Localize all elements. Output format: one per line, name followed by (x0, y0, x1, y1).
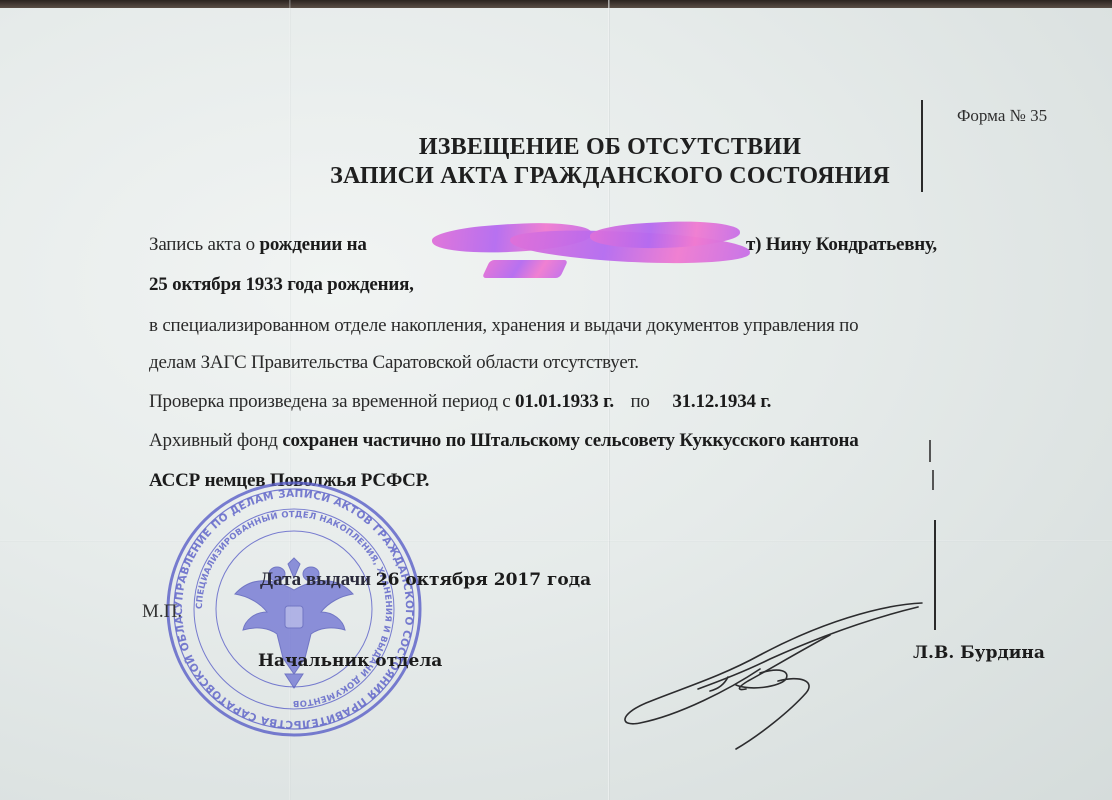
photo-background-edge (0, 0, 1112, 8)
period-to: 31.12.1934 г. (672, 391, 771, 412)
body-line-1: в специализированном отделе накопления, … (149, 315, 858, 337)
position-title: Начальник отдела (258, 651, 442, 671)
check-period-line: Проверка произведена за временной период… (149, 391, 771, 413)
body-line-2: делам ЗАГС Правительства Саратовской обл… (149, 352, 639, 374)
archive-prefix: Архивный фонд (149, 430, 282, 451)
period-from: 01.01.1933 г. (515, 391, 614, 412)
record-prefix: Запись акта о (149, 234, 259, 255)
record-name: т) Нину Кондратьевну, (746, 234, 937, 256)
issue-date-label: Дата выдачи (260, 569, 376, 590)
archive-status: сохранен частично по Штальскому сельсове… (282, 430, 858, 451)
record-line: Запись акта о рождении на (149, 234, 367, 256)
form-number: Форма № 35 (957, 106, 1047, 126)
document-title-line1: ИЗВЕЩЕНИЕ ОБ ОТСУТСТВИИ (280, 133, 940, 161)
official-seal-stamp: УПРАВЛЕНИЕ ПО ДЕЛАМ ЗАПИСИ АКТОВ ГРАЖДАН… (163, 478, 425, 740)
issue-date-line: Дата выдачи 26 октября 2017 года (260, 569, 591, 591)
handwritten-signature (600, 585, 940, 765)
check-prefix: Проверка произведена за временной период… (149, 391, 515, 412)
archive-line-1: Архивный фонд сохранен частично по Шталь… (149, 430, 859, 452)
document-title-line2: ЗАПИСИ АКТА ГРАЖДАНСКОГО СОСТОЯНИЯ (280, 162, 940, 190)
margin-line (929, 440, 931, 462)
margin-line (932, 470, 934, 490)
record-type: рождении на (259, 234, 366, 255)
issue-date: 26 октября 2017 года (376, 570, 591, 590)
redaction-mark (482, 260, 568, 278)
birth-date-line: 25 октября 1933 года рождения, (149, 274, 414, 296)
period-to-label: по (630, 391, 649, 412)
seal-place-label: М.П. (142, 601, 182, 623)
